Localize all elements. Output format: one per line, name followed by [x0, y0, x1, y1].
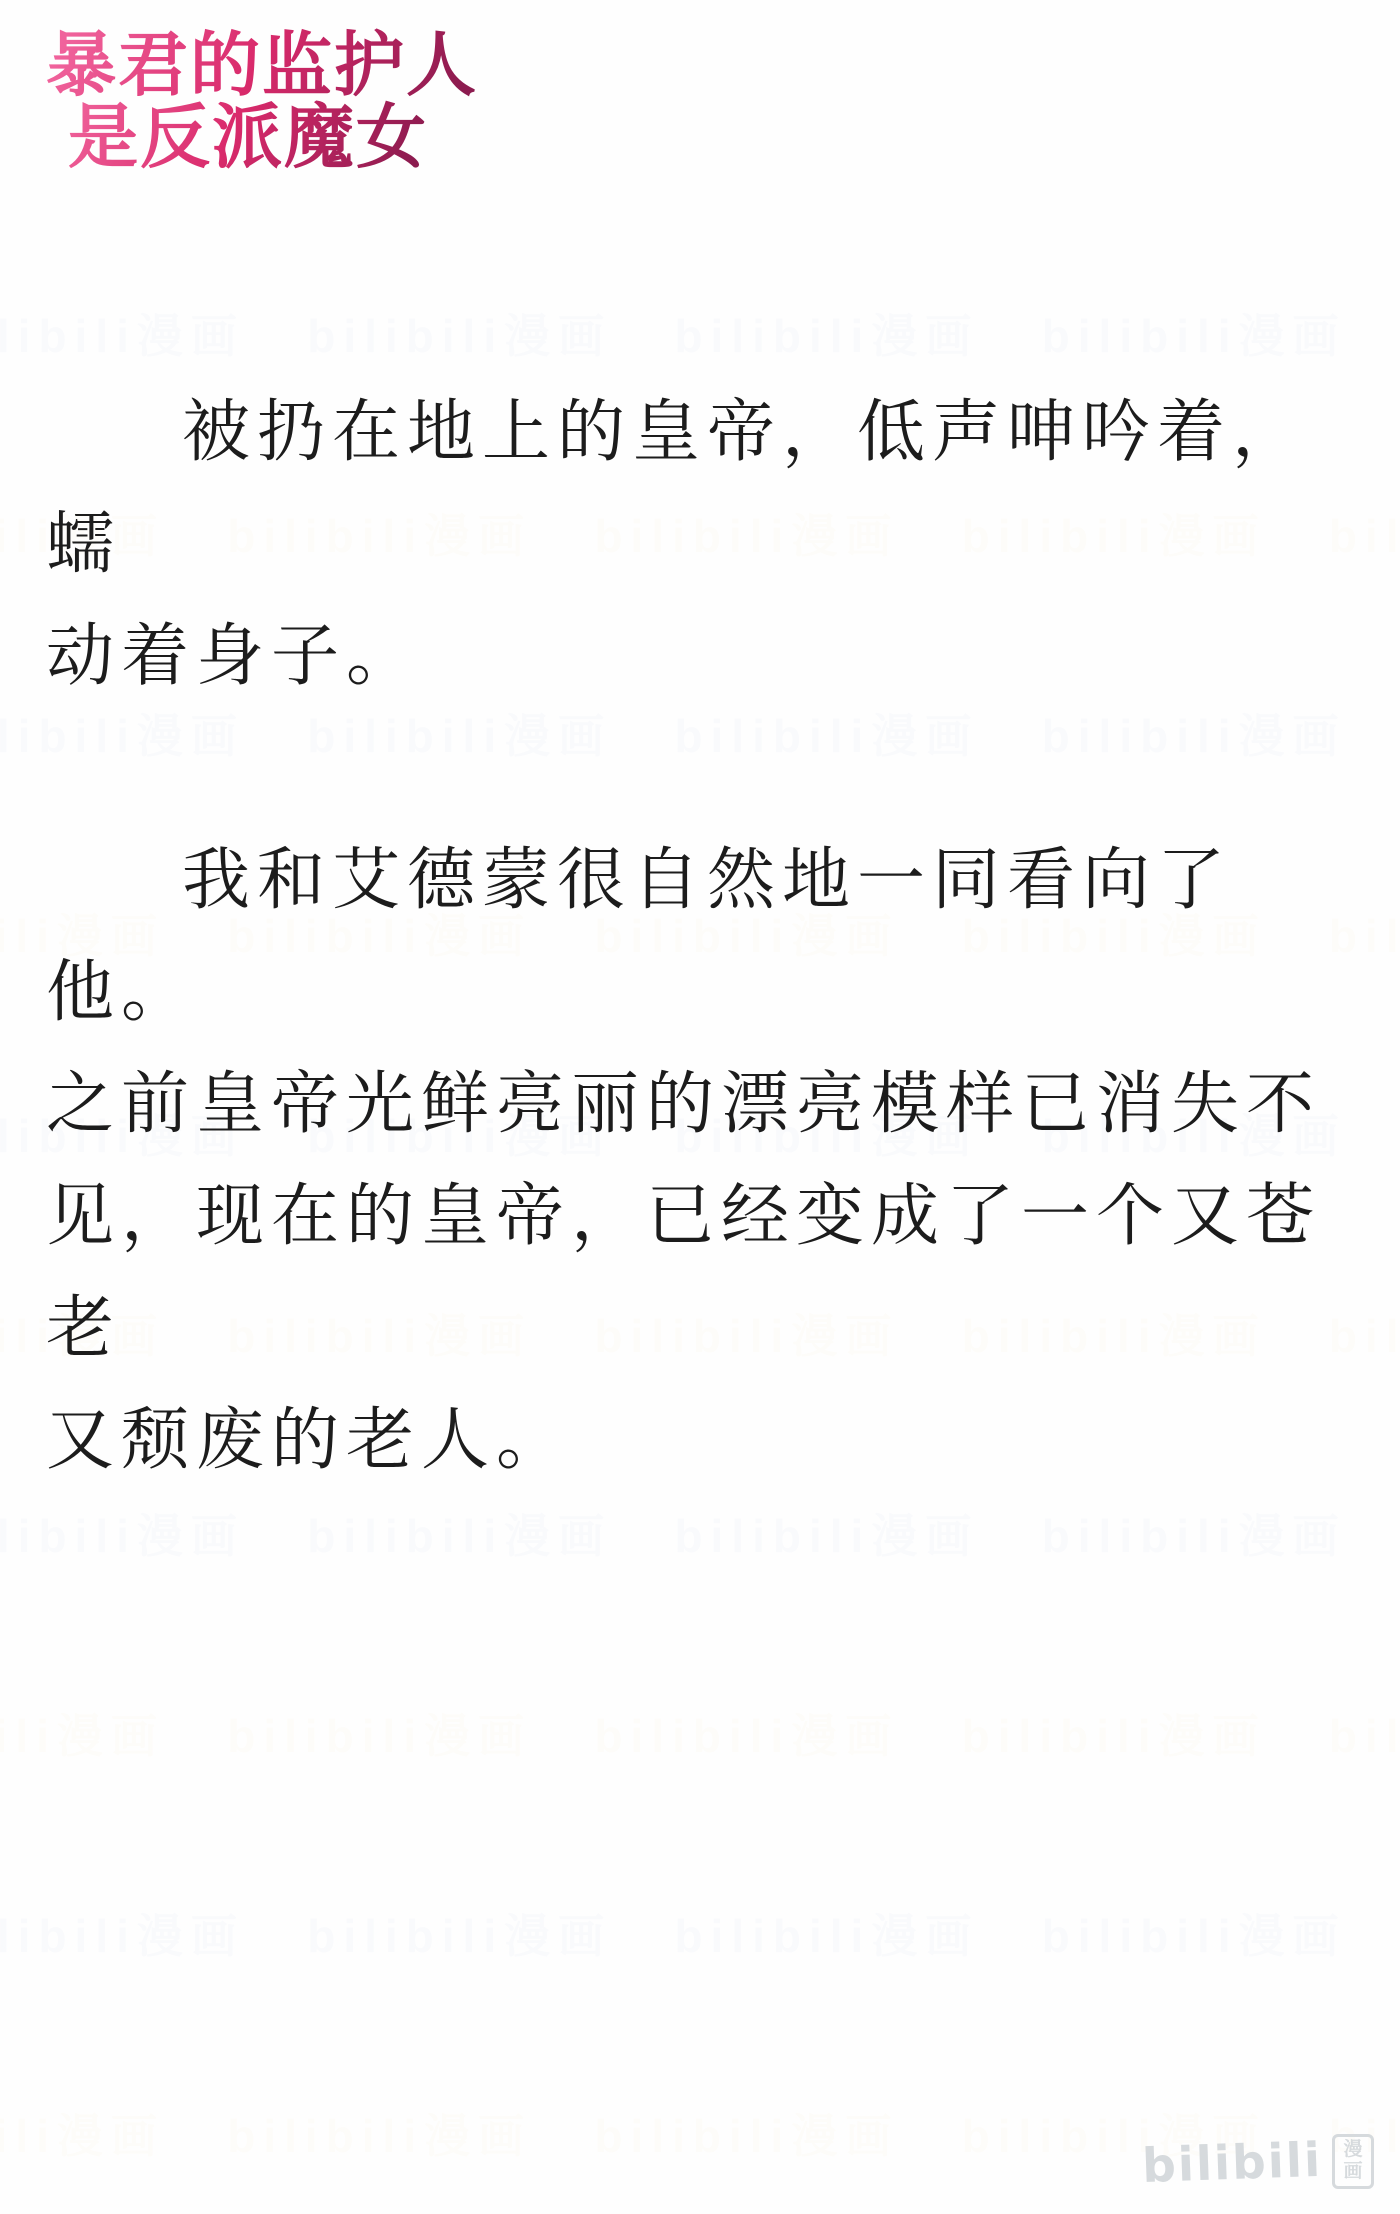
bilibili-logo: bilibili [1141, 2137, 1322, 2190]
series-logo: 暴君的监护人 是反派魔女 [46, 26, 478, 177]
tile-watermark-row: bilibili漫画 bilibili漫画 bilibili漫画 bilibil… [0, 1700, 1400, 1766]
paragraph-2: 我和艾德蒙很自然地一同看向了他。 之前皇帝光鲜亮丽的漂亮模样已消失不 见，现在的… [46, 824, 1360, 1496]
tile-watermark-row: bilibili漫画 bilibili漫画 bilibili漫画 bilibil… [0, 1900, 1400, 1966]
series-logo-line2: 是反派魔女 [46, 98, 428, 176]
manga-badge-icon: 漫 画 [1332, 2134, 1374, 2189]
paragraph-1: 被扔在地上的皇帝，低声呻吟着，蠕 动着身子。 [46, 376, 1360, 712]
page: { "colors": { "page-bg": "#fefefe", "bod… [0, 0, 1400, 2214]
bilibili-watermark: bilibili 漫 画 [1143, 2134, 1374, 2190]
manga-badge-char2: 画 [1343, 2161, 1362, 2183]
series-logo-line1: 暴君的监护人 [46, 26, 478, 104]
manga-badge-char1: 漫 [1343, 2139, 1362, 2161]
novel-text: 被扔在地上的皇帝，低声呻吟着，蠕 动着身子。 我和艾德蒙很自然地一同看向了他。 … [46, 376, 1360, 1608]
tile-watermark-row: bilibili漫画 bilibili漫画 bilibili漫画 bilibil… [0, 300, 1400, 366]
